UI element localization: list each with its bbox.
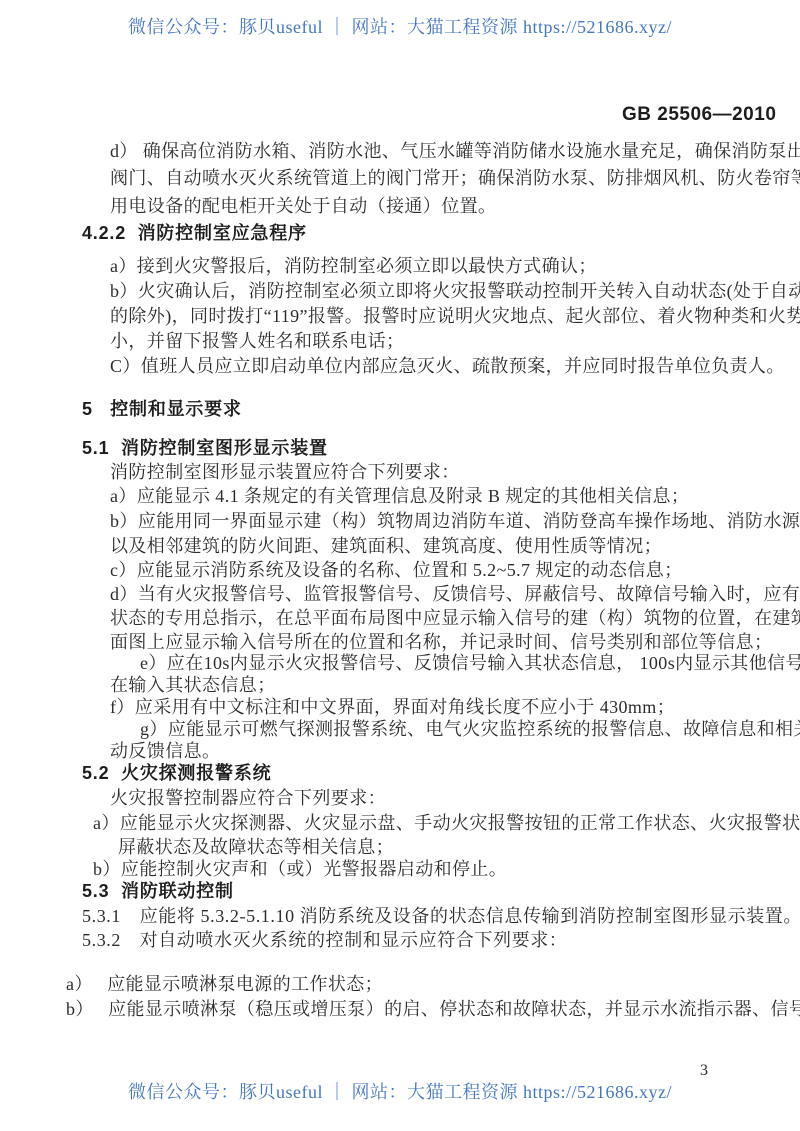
- text-line: 状态的专用总指示，在总平面布局图中应显示输入信号的建（构）筑物的位置，在建筑平: [110, 607, 800, 629]
- text-line: a）应能显示火灾探测器、火灾显示盘、手动火灾报警按钮的正常工作状态、火灾报警状态…: [93, 812, 800, 834]
- standard-number: GB 25506—2010: [622, 104, 776, 126]
- text-line: b）火灾确认后，消防控制室必须立即将火灾报警联动控制开关转入自动状态(处于自动状…: [110, 280, 800, 302]
- text-line: 的除外)，同时拨打“119”报警。报警时应说明火灾地点、起火部位、着火物种类和火…: [110, 305, 800, 327]
- section-heading: 4.2.2 消防控制室应急程序: [82, 222, 307, 244]
- text-line: 5.3.1 应能将 5.3.2-5.1.10 消防系统及设备的状态信息传输到消防…: [82, 905, 800, 927]
- text-line: d）当有火灾报警信号、监管报警信号、反馈信号、屏蔽信号、故障信号输入时，应有相应: [110, 583, 800, 605]
- text-line: 面图上应显示输入信号所在的位置和名称，并记录时间、信号类别和部位等信息；: [110, 631, 772, 653]
- text-line: g）应能显示可燃气探测报警系统、电气火灾监控系统的报警信息、故障信息和相关联: [140, 718, 800, 740]
- section-heading: 5 控制和显示要求: [82, 398, 242, 420]
- text-line: 屏蔽状态及故障状态等相关信息；: [118, 836, 394, 858]
- text-line: 消防控制室图形显示装置应符合下列要求：: [110, 461, 460, 483]
- text-line: b）应能控制火灾声和（或）光警报器启动和停止。: [93, 858, 507, 880]
- text-line: 在输入其状态信息；: [110, 674, 276, 696]
- text-line: 5.3.2 对自动喷水灭火系统的控制和显示应符合下列要求：: [82, 929, 567, 951]
- text-line: e）应在10s内显示火灾报警信号、反馈信号输入其状态信息， 100s内显示其他信…: [140, 652, 800, 674]
- footer-watermark: 微信公众号：豚贝useful ｜ 网站：大猫工程资源 https://52168…: [0, 1078, 800, 1104]
- text-line: a）接到火灾警报后，消防控制室必须立即以最快方式确认；: [110, 255, 597, 277]
- text-line: C）值班人员应立即启动单位内部应急灭火、疏散预案，并应同时报告单位负责人。: [110, 355, 785, 377]
- text-line: b）应能用同一界面显示建（构）筑物周边消防车道、消防登高车操作场地、消防水源位置…: [110, 510, 800, 532]
- section-heading: 5.3 消防联动控制: [82, 880, 234, 902]
- text-line: 动反馈信息。: [110, 740, 220, 762]
- section-heading: 5.1 消防控制室图形显示装置: [82, 437, 328, 459]
- document-page: 微信公众号：豚贝useful ｜ 网站：大猫工程资源 https://52168…: [0, 0, 800, 1131]
- text-line: a） 应能显示喷淋泵电源的工作状态；: [66, 973, 383, 995]
- text-line: a）应能显示 4.1 条规定的有关管理信息及附录 B 规定的其他相关信息；: [110, 485, 689, 507]
- text-line: 阀门、自动喷水灭火系统管道上的阀门常开；确保消防水泵、防排烟风机、防火卷帘等消防: [110, 167, 800, 189]
- text-line: 小，并留下报警人姓名和联系电话；: [110, 330, 404, 352]
- text-line: d） 确保高位消防水箱、消防水池、气压水罐等消防储水设施水量充足，确保消防泵出水…: [110, 140, 800, 162]
- header-watermark: 微信公众号：豚贝useful ｜ 网站：大猫工程资源 https://52168…: [0, 13, 800, 39]
- text-line: 以及相邻建筑的防火间距、建筑面积、建筑高度、使用性质等情况；: [110, 535, 662, 557]
- text-line: b） 应能显示喷淋泵（稳压或增压泵）的启、停状态和故障状态，并显示水流指示器、信…: [66, 998, 800, 1020]
- section-heading: 5.2 火灾探测报警系统: [82, 762, 271, 784]
- text-line: c）应能显示消防系统及设备的名称、位置和 5.2~5.7 规定的动态信息；: [110, 559, 683, 581]
- text-line: 用电设备的配电柜开关处于自动（接通）位置。: [110, 195, 496, 217]
- text-line: 火灾报警控制器应符合下列要求：: [110, 787, 386, 809]
- text-line: f）应采用有中文标注和中文界面，界面对角线长度不应小于 430mm；: [110, 696, 675, 718]
